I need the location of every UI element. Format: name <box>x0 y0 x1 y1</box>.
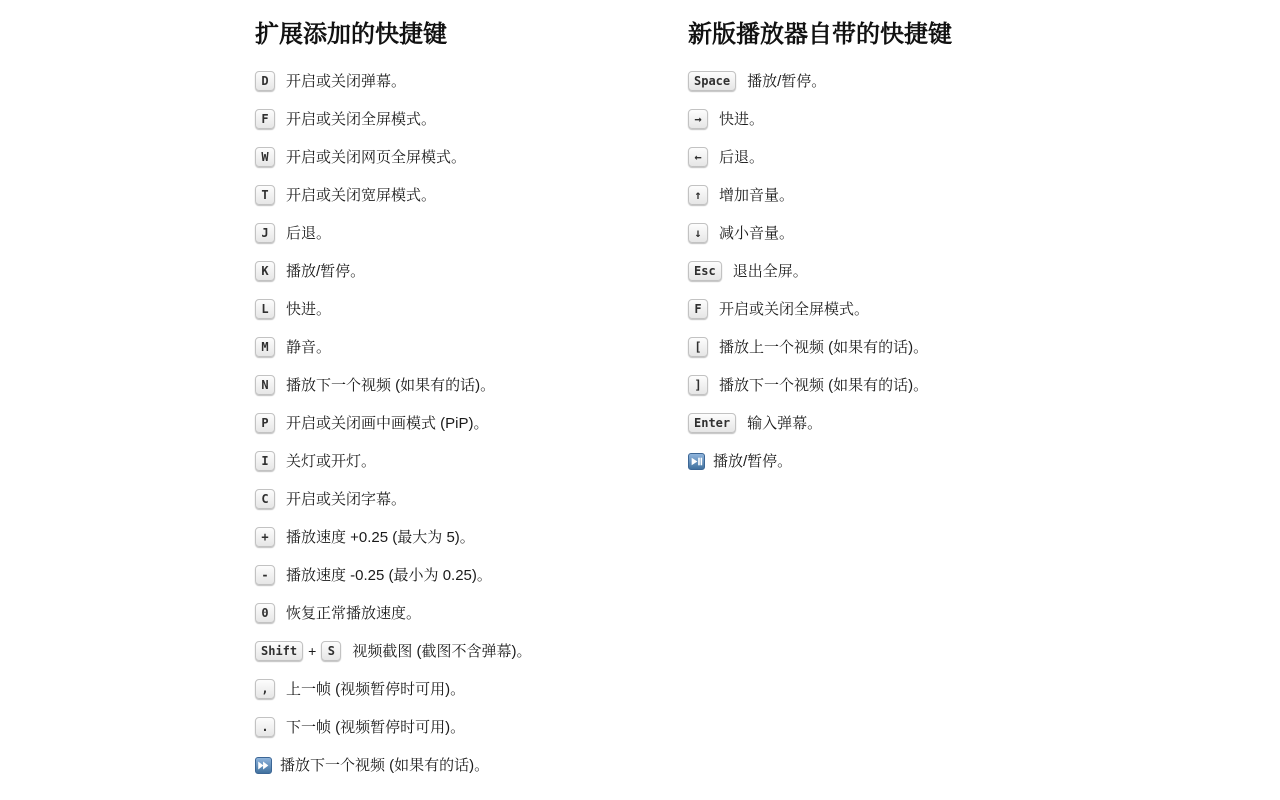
shortcut-row: ,上一帧 (视频暂停时可用)。 <box>255 679 688 699</box>
shortcut-row: I关灯或开灯。 <box>255 451 688 471</box>
shortcut-row: M静音。 <box>255 337 688 357</box>
shortcut-row: ←后退。 <box>688 147 952 167</box>
shortcut-row: ]播放下一个视频 (如果有的话)。 <box>688 375 952 395</box>
shortcut-description: 退出全屏。 <box>733 262 808 281</box>
shortcut-description: 关灯或开灯。 <box>286 452 376 471</box>
shortcut-row: .下一帧 (视频暂停时可用)。 <box>255 717 688 737</box>
play-pause-icon <box>688 453 705 470</box>
shortcut-description: 播放/暂停。 <box>713 452 792 471</box>
key-badge-F: F <box>255 109 275 129</box>
key-badge-.: . <box>255 717 275 737</box>
fast-forward-icon <box>255 757 272 774</box>
shortcut-description: 快进。 <box>286 300 331 319</box>
key-badge-]: ] <box>688 375 708 395</box>
key-badge-,: , <box>255 679 275 699</box>
shortcut-description: 播放下一个视频 (如果有的话)。 <box>280 756 489 775</box>
shortcut-row: 0恢复正常播放速度。 <box>255 603 688 623</box>
shortcut-description: 播放速度 -0.25 (最小为 0.25)。 <box>286 566 492 585</box>
shortcut-row: J后退。 <box>255 223 688 243</box>
shortcut-description: 开启或关闭全屏模式。 <box>719 300 869 319</box>
key-badge-J: J <box>255 223 275 243</box>
shortcut-description: 开启或关闭画中画模式 (PiP)。 <box>286 414 489 433</box>
shortcut-row: 播放/暂停。 <box>688 451 952 471</box>
shortcut-description: 静音。 <box>286 338 331 357</box>
key-badge-Enter: Enter <box>688 413 736 433</box>
column-title: 新版播放器自带的快捷键 <box>688 21 952 49</box>
column-title: 扩展添加的快捷键 <box>255 21 688 49</box>
key-badge-←: ← <box>688 147 708 167</box>
shortcut-row: F开启或关闭全屏模式。 <box>255 109 688 129</box>
key-badge-T: T <box>255 185 275 205</box>
shortcut-row: [播放上一个视频 (如果有的话)。 <box>688 337 952 357</box>
key-badge-L: L <box>255 299 275 319</box>
shortcut-row: K播放/暂停。 <box>255 261 688 281</box>
shortcut-description: 开启或关闭弹幕。 <box>286 72 406 91</box>
shortcut-description: 开启或关闭宽屏模式。 <box>286 186 436 205</box>
shortcut-row: ↑增加音量。 <box>688 185 952 205</box>
key-badge-Shift: Shift <box>255 641 303 661</box>
shortcut-row: N播放下一个视频 (如果有的话)。 <box>255 375 688 395</box>
shortcut-description: 增加音量。 <box>719 186 794 205</box>
shortcut-description: 播放下一个视频 (如果有的话)。 <box>719 376 928 395</box>
key-badge-+: + <box>255 527 275 547</box>
shortcut-description: 下一帧 (视频暂停时可用)。 <box>286 718 465 737</box>
shortcut-row: Space播放/暂停。 <box>688 71 952 91</box>
shortcut-row: C开启或关闭字幕。 <box>255 489 688 509</box>
shortcut-description: 播放/暂停。 <box>747 72 826 91</box>
shortcut-row: -播放速度 -0.25 (最小为 0.25)。 <box>255 565 688 585</box>
key-badge-↓: ↓ <box>688 223 708 243</box>
shortcut-description: 减小音量。 <box>719 224 794 243</box>
shortcut-row: →快进。 <box>688 109 952 129</box>
shortcut-description: 播放上一个视频 (如果有的话)。 <box>719 338 928 357</box>
shortcut-row: F开启或关闭全屏模式。 <box>688 299 952 319</box>
key-badge-Space: Space <box>688 71 736 91</box>
shortcut-row: +播放速度 +0.25 (最大为 5)。 <box>255 527 688 547</box>
shortcut-row: 播放下一个视频 (如果有的话)。 <box>255 755 688 775</box>
shortcut-row: T开启或关闭宽屏模式。 <box>255 185 688 205</box>
key-badge-↑: ↑ <box>688 185 708 205</box>
shortcut-description: 上一帧 (视频暂停时可用)。 <box>286 680 465 699</box>
key-badge-→: → <box>688 109 708 129</box>
shortcut-description: 播放速度 +0.25 (最大为 5)。 <box>286 528 475 547</box>
key-badge-[: [ <box>688 337 708 357</box>
shortcut-description: 播放/暂停。 <box>286 262 365 281</box>
key-badge-C: C <box>255 489 275 509</box>
shortcut-description: 开启或关闭全屏模式。 <box>286 110 436 129</box>
shortcut-description: 输入弹幕。 <box>747 414 822 433</box>
shortcut-row: P开启或关闭画中画模式 (PiP)。 <box>255 413 688 433</box>
shortcut-row: L快进。 <box>255 299 688 319</box>
shortcut-description: 恢复正常播放速度。 <box>286 604 421 623</box>
key-badge-F: F <box>688 299 708 319</box>
key-badge-D: D <box>255 71 275 91</box>
shortcut-description: 后退。 <box>719 148 764 167</box>
shortcut-row: Shift+S视频截图 (截图不含弹幕)。 <box>255 641 688 661</box>
shortcut-description: 快进。 <box>719 110 764 129</box>
shortcut-column-1: 扩展添加的快捷键D开启或关闭弹幕。F开启或关闭全屏模式。W开启或关闭网页全屏模式… <box>255 21 688 793</box>
key-badge-K: K <box>255 261 275 281</box>
key-badge-0: 0 <box>255 603 275 623</box>
shortcut-row: ↓减小音量。 <box>688 223 952 243</box>
key-badge-M: M <box>255 337 275 357</box>
key-separator: + <box>308 643 316 659</box>
key-badge-W: W <box>255 147 275 167</box>
shortcut-row: Enter输入弹幕。 <box>688 413 952 433</box>
shortcut-column-2: 新版播放器自带的快捷键Space播放/暂停。→快进。←后退。↑增加音量。↓减小音… <box>688 21 952 793</box>
key-badge-P: P <box>255 413 275 433</box>
shortcut-description: 视频截图 (截图不含弹幕)。 <box>352 642 531 661</box>
shortcut-row: Esc退出全屏。 <box>688 261 952 281</box>
key-badge-Esc: Esc <box>688 261 722 281</box>
key-badge-S: S <box>321 641 341 661</box>
shortcut-description: 后退。 <box>286 224 331 243</box>
shortcut-description: 开启或关闭字幕。 <box>286 490 406 509</box>
shortcut-row: W开启或关闭网页全屏模式。 <box>255 147 688 167</box>
shortcut-description: 开启或关闭网页全屏模式。 <box>286 148 466 167</box>
shortcuts-page: 扩展添加的快捷键D开启或关闭弹幕。F开启或关闭全屏模式。W开启或关闭网页全屏模式… <box>0 0 1280 793</box>
key-badge-N: N <box>255 375 275 395</box>
key-badge--: - <box>255 565 275 585</box>
key-badge-I: I <box>255 451 275 471</box>
shortcut-description: 播放下一个视频 (如果有的话)。 <box>286 376 495 395</box>
shortcut-row: D开启或关闭弹幕。 <box>255 71 688 91</box>
